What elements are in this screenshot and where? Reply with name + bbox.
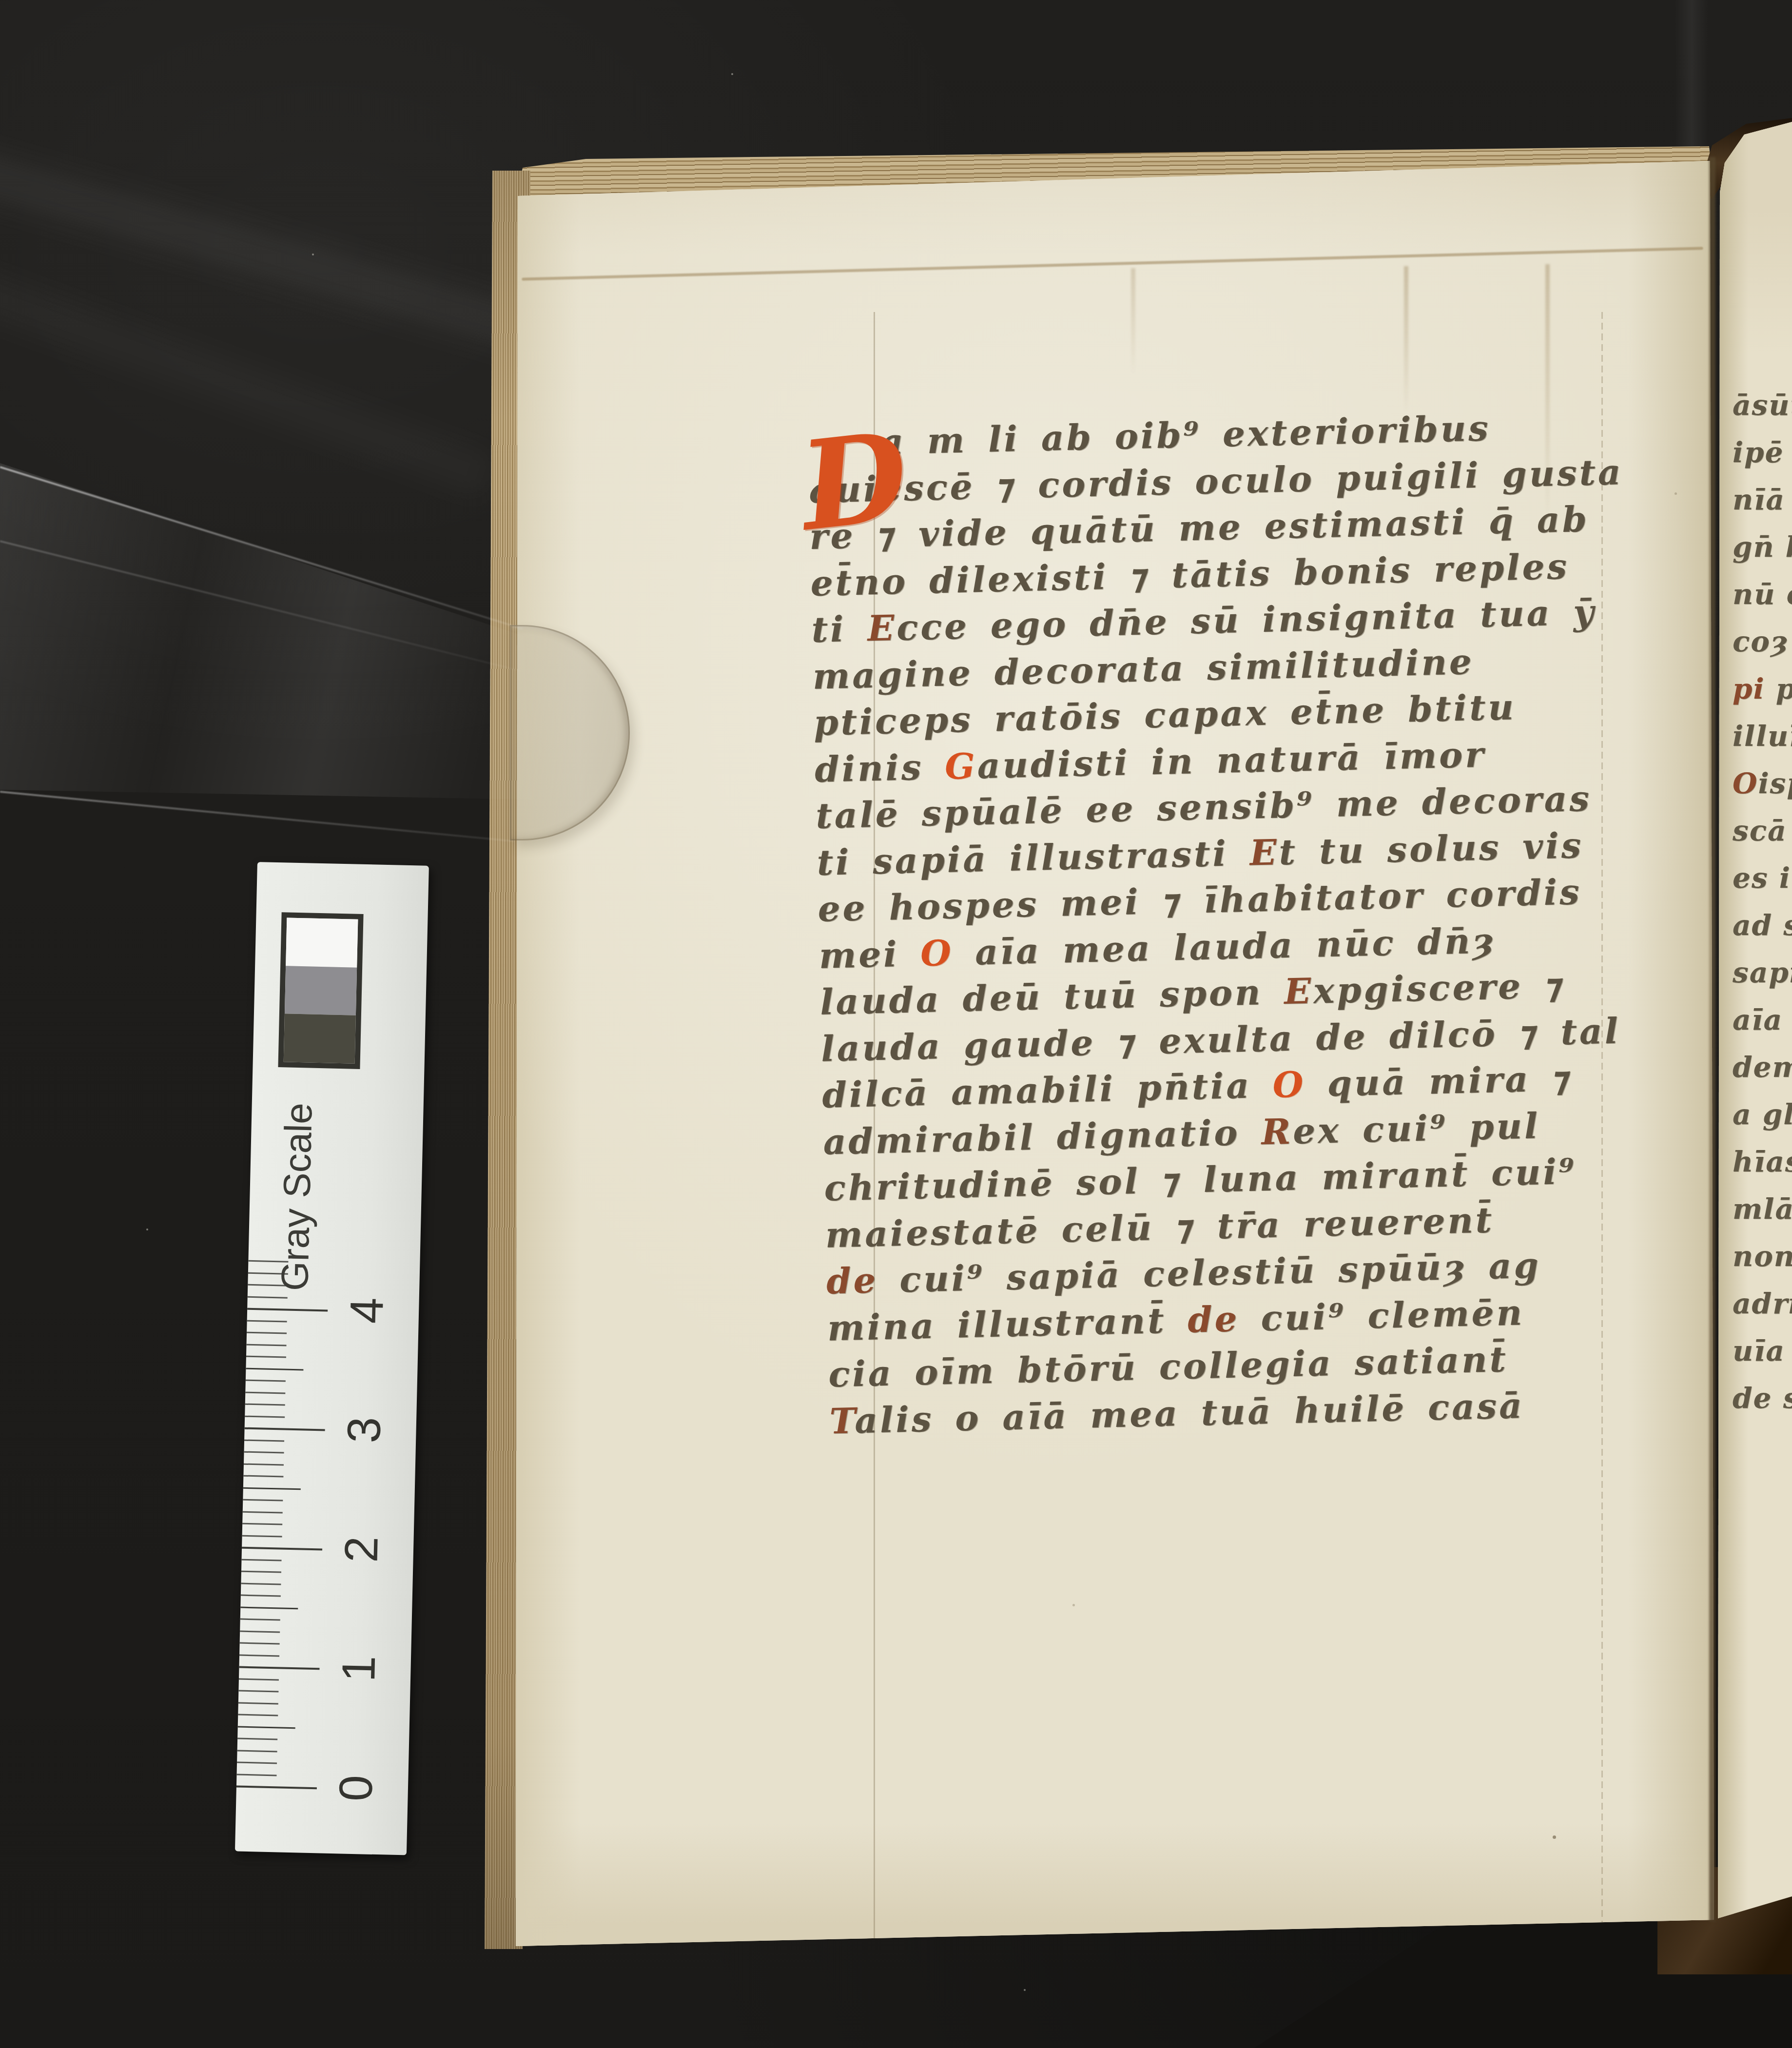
ruler-tick xyxy=(241,1582,281,1585)
text-line: demēda xyxy=(1733,1044,1792,1091)
dust-speck xyxy=(1024,1989,1026,1991)
ink-text: quā mira ⁊ xyxy=(1305,1057,1572,1105)
ruler-tick xyxy=(240,1606,298,1609)
text-line: Oispā xyxy=(1733,760,1792,807)
text-line: a glorā xyxy=(1733,1091,1792,1138)
gray-patch-dark xyxy=(284,1014,356,1064)
gutter-crease xyxy=(1709,157,1715,1922)
gray-patches xyxy=(278,912,363,1069)
ruler-tick xyxy=(242,1547,322,1551)
gray-scale-label: Gray Scale xyxy=(265,1092,329,1303)
ruler-tick xyxy=(240,1630,280,1633)
text-line: pi puic xyxy=(1733,665,1792,713)
ruler-tick xyxy=(237,1738,277,1740)
ink-text: a glorā xyxy=(1733,1098,1792,1131)
ruler-tick xyxy=(245,1404,285,1406)
ruler-tick xyxy=(245,1391,285,1394)
text-line: de sup xyxy=(1733,1375,1792,1422)
ruler-tick xyxy=(244,1439,284,1442)
ink-text: cui⁹ clemēn xyxy=(1239,1291,1524,1339)
ruler-number: 0 xyxy=(331,1763,381,1813)
text-line: nū ordi xyxy=(1733,571,1792,618)
text-line: āsūt ⁊ r xyxy=(1733,382,1792,429)
cradle-edge-highlight xyxy=(1675,0,1709,161)
ruler-tick xyxy=(244,1463,284,1465)
ink-text: demēda xyxy=(1733,1051,1792,1084)
recto-text-column: āsūt ⁊ ripē solunīā þegn̄ būanū ordicoȝ … xyxy=(1733,382,1792,1422)
ruler-tick xyxy=(245,1415,285,1418)
ink-text: illuīadī xyxy=(1733,720,1792,753)
ink-text: ti xyxy=(811,607,868,650)
ruler-tick xyxy=(240,1619,280,1621)
ink-text: audisti in naturā īmor xyxy=(977,733,1486,786)
ruler-tick xyxy=(240,1642,280,1645)
ink-text: coȝ spūi xyxy=(1733,625,1792,658)
text-line: hīas dn̄ xyxy=(1733,1138,1792,1186)
ink-text: dilcā amabili pn̄tia xyxy=(821,1064,1273,1116)
ink-text: xpgiscere ⁊ xyxy=(1313,964,1565,1012)
ruler-tick xyxy=(241,1571,281,1573)
text-line: gn̄ būa xyxy=(1733,524,1792,571)
ruler-tick xyxy=(242,1559,282,1561)
text-line: ipē solu xyxy=(1733,429,1792,476)
ink-text: ti sapiā illustrasti xyxy=(817,832,1250,883)
ink-text: mlā da xyxy=(1733,1192,1792,1226)
rubric-text: E xyxy=(1284,970,1314,1012)
gray-patch-white xyxy=(286,917,358,967)
text-line: coȝ spūi xyxy=(1733,618,1792,665)
ink-text: dinis xyxy=(814,745,945,790)
dust-speck xyxy=(312,254,314,255)
clamp-edge-highlight xyxy=(0,791,514,842)
ruler-number: 4 xyxy=(342,1286,392,1335)
ruler-tick xyxy=(241,1595,281,1597)
text-line: es in ū xyxy=(1733,855,1792,902)
ruler-tick xyxy=(246,1356,286,1358)
page-stain-streak xyxy=(1404,266,1408,412)
ruler-tick xyxy=(243,1499,283,1502)
ink-text: nīā xyxy=(1733,483,1792,516)
page-stain-streak xyxy=(1131,268,1135,375)
ruler-tick xyxy=(243,1475,283,1478)
ink-text: ipē solu xyxy=(1733,436,1792,469)
ruler-tick xyxy=(238,1702,278,1704)
ink-text: de sup xyxy=(1733,1382,1792,1415)
text-line: illuīadī xyxy=(1733,713,1792,760)
rubric-text: O xyxy=(1733,767,1758,800)
ruler-tick xyxy=(236,1786,317,1790)
ruler-number: 3 xyxy=(339,1405,389,1455)
ruler-tick xyxy=(242,1523,282,1525)
manuscript-text-block: D a m li ab oib⁹ exterioribusquiescē ⁊ c… xyxy=(807,402,1654,1444)
ink-text: gn̄ būa xyxy=(1733,530,1792,564)
ruler-tick xyxy=(244,1451,284,1454)
manuscript-lines: a m li ab oib⁹ exterioribusquiescē ⁊ cor… xyxy=(807,402,1654,1444)
page-speck xyxy=(1072,1604,1075,1606)
ink-text: mina illustrant̄ xyxy=(827,1299,1188,1348)
ink-text: adriam xyxy=(1733,1287,1792,1320)
ruler-tick xyxy=(237,1750,277,1752)
text-line: scā suu xyxy=(1733,807,1792,855)
ruler-tick xyxy=(247,1332,287,1334)
ink-text: hīas dn̄ xyxy=(1733,1145,1792,1178)
ink-text: mei xyxy=(818,932,921,976)
rubric-text: de xyxy=(826,1259,878,1302)
ruler-tick xyxy=(237,1762,277,1764)
ink-text: aīa gn̄ xyxy=(1733,1003,1792,1036)
rubric-text: E xyxy=(867,607,897,649)
ink-text: none cō xyxy=(1733,1240,1792,1273)
ruler-tick xyxy=(238,1726,295,1729)
rubric-text: O xyxy=(1272,1063,1306,1106)
ruler-tick xyxy=(247,1344,287,1346)
ruler-tick xyxy=(236,1774,276,1776)
text-line: mlā da xyxy=(1733,1186,1792,1233)
photo-stage: D a m li ab oib⁹ exterioribusquiescē ⁊ c… xyxy=(0,0,1792,2048)
ruler-tick xyxy=(243,1511,283,1513)
page-speck xyxy=(1675,492,1677,495)
page-stain-line xyxy=(522,247,1703,280)
ink-text: puic xyxy=(1765,672,1792,705)
ink-text: ex cui⁹ pul xyxy=(1292,1105,1540,1151)
ruler-tick xyxy=(247,1308,328,1312)
ruler-tick xyxy=(239,1654,279,1657)
ink-text: t tu solus vis xyxy=(1279,824,1584,873)
ruler-tick xyxy=(247,1320,287,1322)
gray-patch-mid xyxy=(285,966,357,1015)
rubric-initial: D xyxy=(795,415,914,547)
ink-text: sapiā ī xyxy=(1733,956,1792,989)
rubric-text: G xyxy=(944,745,977,787)
text-line: ad soīr xyxy=(1733,902,1792,949)
ruler-tick xyxy=(242,1535,282,1537)
ruler-tick xyxy=(239,1678,279,1680)
ruler-tick xyxy=(238,1714,278,1716)
text-line: sapiā ī xyxy=(1733,949,1792,996)
text-line: uīa eō xyxy=(1733,1327,1792,1375)
ink-text: ad soīr xyxy=(1733,909,1792,942)
ink-text: es in ū xyxy=(1733,861,1792,895)
text-line: aīa gn̄ xyxy=(1733,996,1792,1044)
ink-text: admirabil dignatio xyxy=(823,1111,1262,1162)
ink-text: ispā xyxy=(1758,767,1792,800)
text-line: none cō xyxy=(1733,1233,1792,1280)
ruler-tick xyxy=(238,1690,278,1693)
rubric-text: E xyxy=(1249,831,1280,873)
rubric-text: O xyxy=(920,932,954,974)
rubric-text: R xyxy=(1261,1110,1293,1152)
ruler-tick xyxy=(243,1487,301,1490)
dust-speck xyxy=(146,1229,148,1230)
ruler-tick xyxy=(246,1367,303,1370)
ruler-tick xyxy=(239,1666,319,1670)
ink-text: uīa eō xyxy=(1733,1334,1792,1367)
right-page: āsūt ⁊ ripē solunīā þegn̄ būanū ordicoȝ … xyxy=(1714,62,1792,1922)
ruler-number: 2 xyxy=(337,1524,387,1574)
ink-text: nū ordi xyxy=(1733,578,1792,611)
ink-text: lauda deū tuū spon xyxy=(819,971,1285,1023)
ink-text: scā suu xyxy=(1733,814,1792,847)
ruler-number: 1 xyxy=(334,1644,384,1694)
ink-text: āsūt ⁊ r xyxy=(1733,389,1792,422)
text-line: nīā þe xyxy=(1733,476,1792,524)
text-line: adriam xyxy=(1733,1280,1792,1327)
ruler: 01234 xyxy=(257,862,429,866)
gray-scale-card: Gray Scale 01234 xyxy=(235,862,429,1855)
ruler-tick xyxy=(245,1427,325,1431)
rubric-text: de xyxy=(1187,1298,1240,1340)
left-page: D a m li ab oib⁹ exterioribusquiescē ⁊ c… xyxy=(507,151,1721,1955)
page-speck xyxy=(1553,1835,1556,1839)
rubric-text: T xyxy=(829,1400,856,1442)
rubric-text: pi xyxy=(1733,672,1765,705)
ruler-tick xyxy=(246,1380,286,1382)
dust-speck xyxy=(731,73,733,75)
